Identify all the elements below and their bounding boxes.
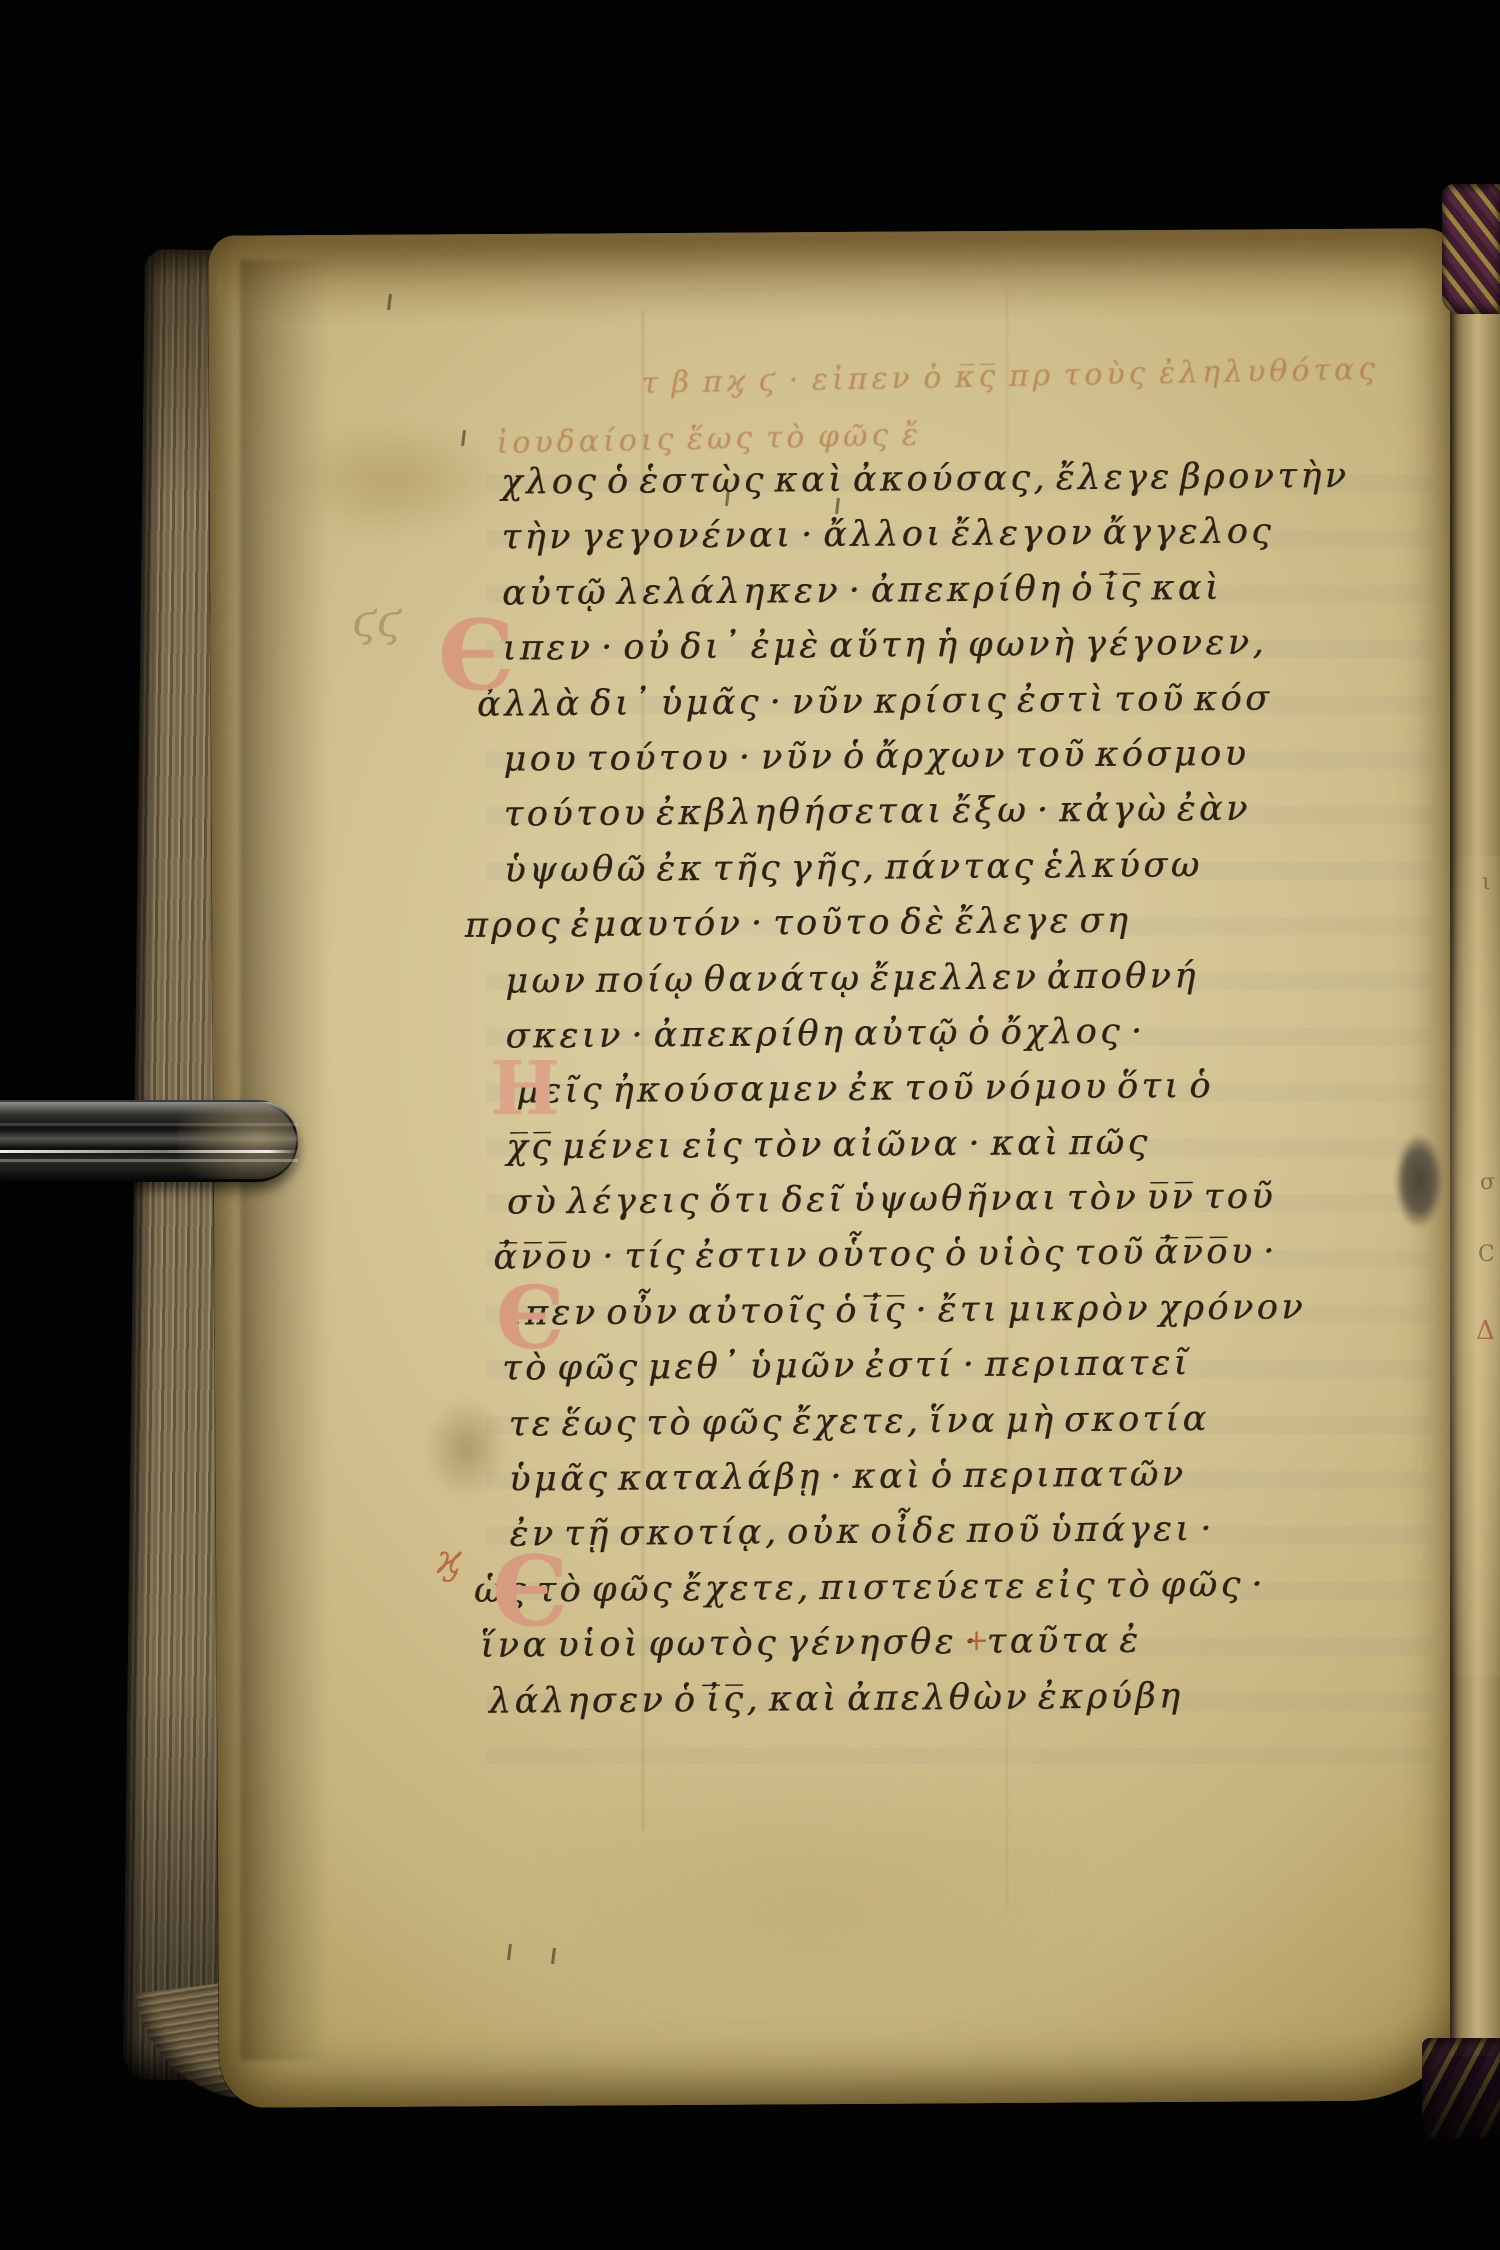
initial-epsilon: Є	[496, 1276, 564, 1362]
dark-stain-blob	[1388, 1120, 1450, 1242]
manuscript-text-line: ἐν τῇ σκοτίᾳ, οὐκ οἶδε ποῦ ὑπάγει ·	[509, 1501, 1429, 1564]
manuscript-text-line: σὺ λέγεις ὅτι δεῖ ὑψωθῆναι τὸν υ̅ν̅ τοῦ	[507, 1168, 1427, 1231]
manuscript-text-line: ιπεν οὖν αὐτοῖς ὁ ἰ̅ς̅ · ἔτι μικρὸν χρόν…	[508, 1279, 1428, 1342]
manuscript-text-line: ὡς τὸ φῶς ἔχετε, πιστεύετε εἰς τὸ φῶς ·	[474, 1556, 1430, 1619]
stain	[520, 1752, 1100, 2032]
manuscript-text-line: ὑψωθῶ ἐκ τῆς γῆς, πάντας ἑλκύσω	[504, 836, 1424, 899]
manuscript-text-line: μων ποίῳ θανάτῳ ἔμελλεν ἀποθνή	[505, 947, 1425, 1010]
manuscript-text-line: ἀλλὰ δι᾽ ὑμᾶς · νῦν κρίσις ἐστὶ τοῦ κόσ	[477, 670, 1423, 733]
manuscript-text-line: ὑμᾶς καταλάβῃ · καὶ ὁ περιπατῶν	[509, 1445, 1429, 1508]
endband-fabric-top	[1442, 184, 1500, 314]
manuscript-text-line: τούτου ἐκβληθήσεται ἔξω · κἀγὼ ἐὰν	[504, 781, 1424, 844]
manuscript-text-line: αὐτῷ λελάληκεν · ἀπεκρίθη ὁ ἰ̅ς̅ καὶ	[502, 559, 1422, 622]
fore-edge-red-mark: Δ	[1476, 1318, 1495, 1344]
fore-edge-text-mark: σ	[1480, 1172, 1495, 1194]
manuscript-text-line: προς ἐμαυτόν · τοῦτο δὲ ἔλεγε ση	[464, 892, 1424, 955]
fore-edge-text-mark: ι	[1482, 872, 1491, 894]
manuscript-text-line: μεῖς ἠκούσαμεν ἐκ τοῦ νόμου ὅτι ὁ	[516, 1058, 1426, 1121]
fore-edge-text-mark: Ϲ	[1478, 1244, 1495, 1266]
endband-fabric-bottom	[1422, 2038, 1500, 2138]
manuscript-photograph: τ β πϗ ϛ · εἰπεν ὁ κ̅ς̅ πρ τοὺς ἐληλυθότ…	[0, 0, 1500, 2250]
manuscript-text-line: χλος ὁ ἑστὼς καὶ ἀκούσας, ἔλεγε βροντὴν	[501, 448, 1421, 511]
glass-rod-page-weight	[0, 1100, 298, 1182]
manuscript-text-line: τὸ φῶς μεθ᾽ ὑμῶν ἐστί · περιπατεῖ	[502, 1335, 1428, 1398]
manuscript-text-line: λάλησεν ὁ ἰ̅ς̅, καὶ ἀπελθὼν ἐκρύβη	[489, 1667, 1431, 1730]
text-block: χλος ὁ ἑστὼς καὶ ἀκούσας, ἔλεγε βροντὴντ…	[501, 448, 1431, 1729]
top-edge-stain	[222, 232, 1459, 326]
manuscript-text-line: χ̅ς̅ μένει εἰς τὸν αἰῶνα · καὶ πῶς	[506, 1113, 1426, 1176]
margin-kai-mark: ϗ	[436, 1540, 461, 1580]
glass-rod-highlight	[0, 1150, 298, 1153]
red-cross-mark: +	[964, 1626, 989, 1656]
initial-epsilon: Є	[438, 608, 514, 704]
manuscript-text-line: ἵνα υἱοὶ φωτὸς γένησθε · ταῦτα ἐ	[480, 1612, 1430, 1675]
margin-scribble: ϛϛ	[352, 600, 401, 644]
stain	[282, 420, 502, 540]
manuscript-text-line: τε ἕως τὸ φῶς ἔχετε, ἵνα μὴ σκοτία	[508, 1390, 1428, 1453]
glass-rod-rounded-end	[178, 1105, 296, 1179]
manuscript-text-line: τὴν γεγονέναι · ἄλλοι ἔλεγον ἄγγελος	[501, 504, 1421, 567]
initial-eta: Η	[490, 1052, 560, 1126]
initial-epsilon: Є	[492, 1544, 568, 1640]
manuscript-text-line: ἀ̅ν̅ο̅υ · τίς ἐστιν οὗτος ὁ υἱὸς τοῦ ἀ̅ν…	[493, 1224, 1427, 1287]
manuscript-text-line: σκειν · ἀπεκρίθη αὐτῷ ὁ ὄχλος ·	[505, 1002, 1425, 1065]
manuscript-text-line: ιπεν · οὐ δι᾽ ἐμὲ αὕτη ἡ φωνὴ γέγονεν,	[502, 615, 1422, 678]
manuscript-text-line: μου τούτου · νῦν ὁ ἄρχων τοῦ κόσμου	[503, 725, 1423, 788]
